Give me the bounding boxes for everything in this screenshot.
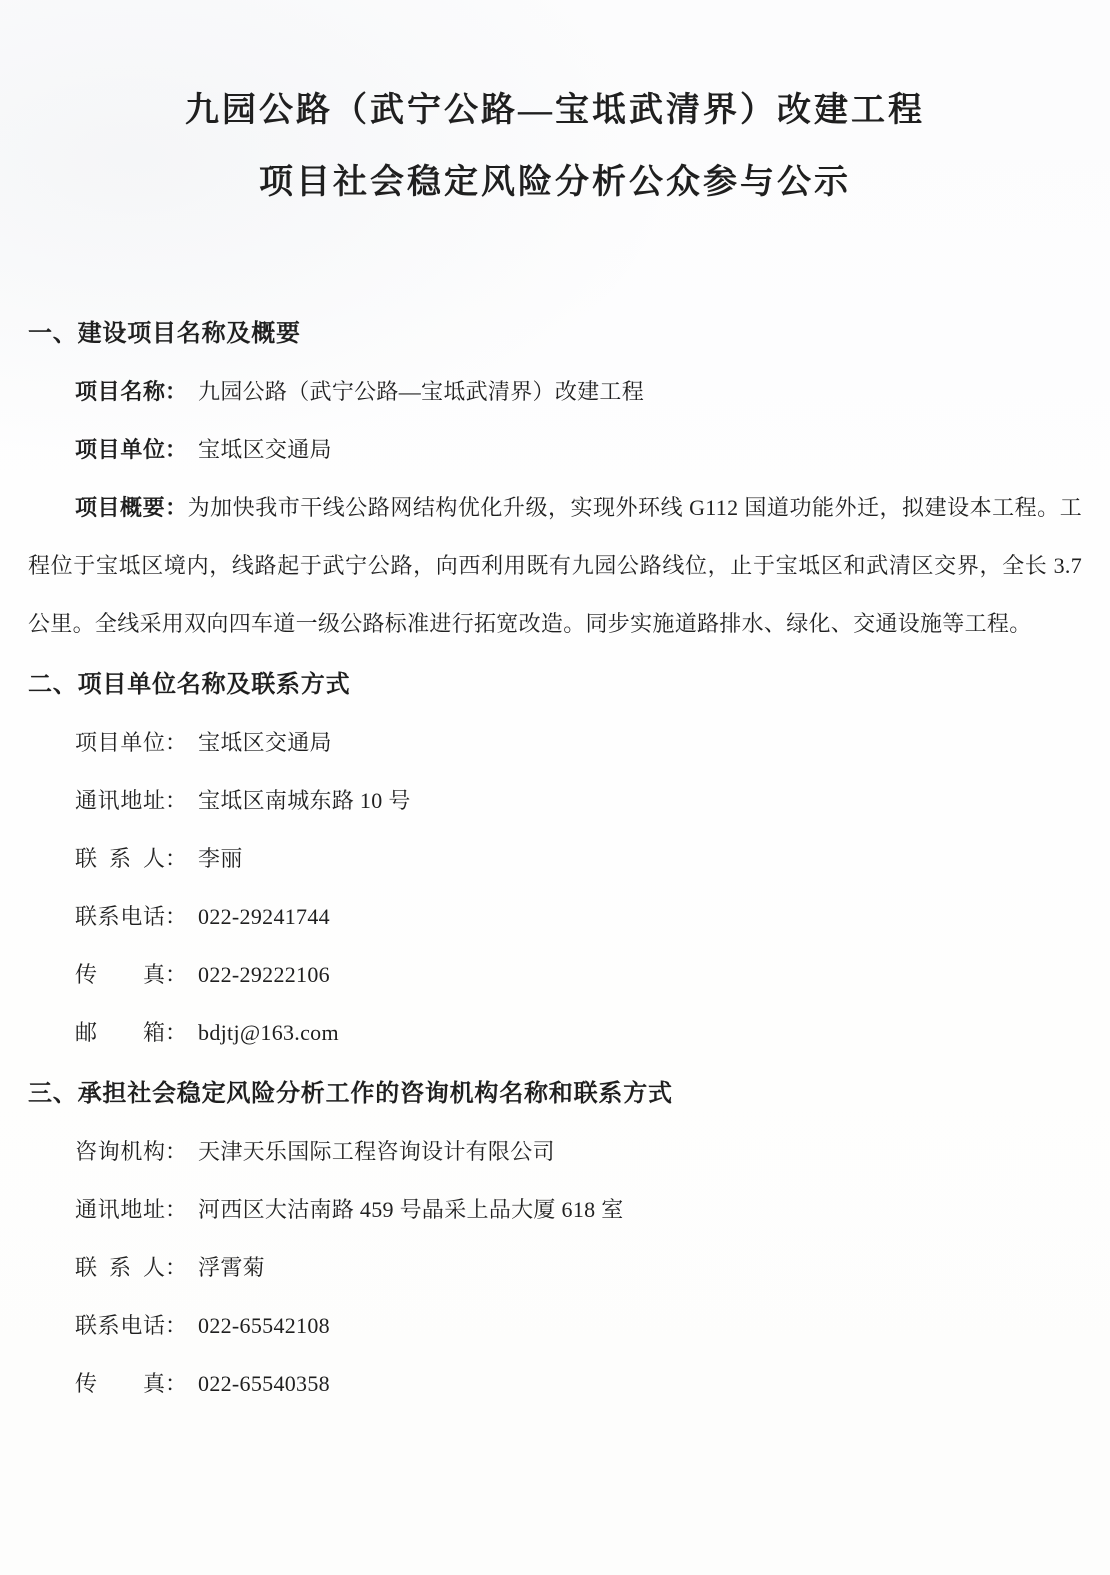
field-colon: ： xyxy=(165,888,187,946)
field-colon: ： xyxy=(165,772,187,830)
summary-label: 项目概要 xyxy=(75,495,165,520)
field-label: 联系人 xyxy=(75,830,165,888)
document-title-line-2: 项目社会稳定风险分析公众参与公示 xyxy=(28,160,1082,206)
field-colon: ： xyxy=(165,421,187,479)
field-value: 宝坻区南城东路 10 号 xyxy=(198,788,411,813)
field-label: 咨询机构 xyxy=(75,1123,165,1181)
section-1-heading: 一、建设项目名称及概要 xyxy=(28,305,1082,363)
consultant-address-row: 通讯地址：河西区大沽南路 459 号晶采上品大厦 618 室 xyxy=(75,1181,1082,1239)
field-value: 宝坻区交通局 xyxy=(198,730,332,755)
field-value: 河西区大沽南路 459 号晶采上品大厦 618 室 xyxy=(198,1197,624,1222)
field-label: 传真 xyxy=(75,946,165,1004)
field-label: 项目单位 xyxy=(75,714,165,772)
document-title-line-1: 九园公路（武宁公路—宝坻武清界）改建工程 xyxy=(28,0,1082,134)
field-label: 项目单位 xyxy=(75,421,165,479)
field-value: 浮霄菊 xyxy=(198,1255,265,1280)
field-label: 通讯地址 xyxy=(75,772,165,830)
field-colon: ： xyxy=(165,1123,187,1181)
project-name-row: 项目名称：九园公路（武宁公路—宝坻武清界）改建工程 xyxy=(75,363,1082,421)
field-value: 天津天乐国际工程咨询设计有限公司 xyxy=(198,1139,555,1164)
field-label: 通讯地址 xyxy=(75,1181,165,1239)
consultant-fax-row: 传真：022-65540358 xyxy=(75,1355,1082,1413)
section-2-heading: 二、项目单位名称及联系方式 xyxy=(28,656,1082,714)
field-value: bdjtj@163.com xyxy=(198,1020,339,1045)
field-label: 联系电话 xyxy=(75,888,165,946)
field-label: 项目名称 xyxy=(75,363,165,421)
field-colon: ： xyxy=(165,830,187,888)
project-unit-row: 项目单位：宝坻区交通局 xyxy=(75,421,1082,479)
summary-colon: ： xyxy=(165,495,188,520)
unit-email-row: 邮箱：bdjtj@163.com xyxy=(75,1004,1082,1062)
field-value: 李丽 xyxy=(198,846,243,871)
document-page: 九园公路（武宁公路—宝坻武清界）改建工程 项目社会稳定风险分析公众参与公示 一、… xyxy=(0,0,1110,1575)
unit-phone-row: 联系电话：022-29241744 xyxy=(75,888,1082,946)
field-label: 邮箱 xyxy=(75,1004,165,1062)
field-colon: ： xyxy=(165,363,187,421)
section-3-heading: 三、承担社会稳定风险分析工作的咨询机构名称和联系方式 xyxy=(28,1065,1082,1123)
unit-fax-row: 传真：022-29222106 xyxy=(75,946,1082,1004)
field-label: 联系电话 xyxy=(75,1297,165,1355)
field-value: 022-29241744 xyxy=(198,904,330,929)
field-value: 022-65540358 xyxy=(198,1371,330,1396)
project-summary-paragraph: 项目概要：为加快我市干线公路网结构优化升级，实现外环线 G112 国道功能外迁，… xyxy=(28,479,1082,653)
consultant-name-row: 咨询机构：天津天乐国际工程咨询设计有限公司 xyxy=(75,1123,1082,1181)
field-value: 022-65542108 xyxy=(198,1313,330,1338)
field-colon: ： xyxy=(165,946,187,1004)
field-value: 宝坻区交通局 xyxy=(198,437,332,462)
field-value: 022-29222106 xyxy=(198,962,330,987)
consultant-phone-row: 联系电话：022-65542108 xyxy=(75,1297,1082,1355)
field-value: 九园公路（武宁公路—宝坻武清界）改建工程 xyxy=(198,379,644,404)
field-label: 联系人 xyxy=(75,1239,165,1297)
field-colon: ： xyxy=(165,1004,187,1062)
field-colon: ： xyxy=(165,1239,187,1297)
unit-address-row: 通讯地址：宝坻区南城东路 10 号 xyxy=(75,772,1082,830)
field-label: 传真 xyxy=(75,1355,165,1413)
unit-contact-person-row: 联系人：李丽 xyxy=(75,830,1082,888)
field-colon: ： xyxy=(165,1297,187,1355)
field-colon: ： xyxy=(165,1181,187,1239)
field-colon: ： xyxy=(165,714,187,772)
field-colon: ： xyxy=(165,1355,187,1413)
unit-name-row: 项目单位：宝坻区交通局 xyxy=(75,714,1082,772)
consultant-contact-person-row: 联系人：浮霄菊 xyxy=(75,1239,1082,1297)
